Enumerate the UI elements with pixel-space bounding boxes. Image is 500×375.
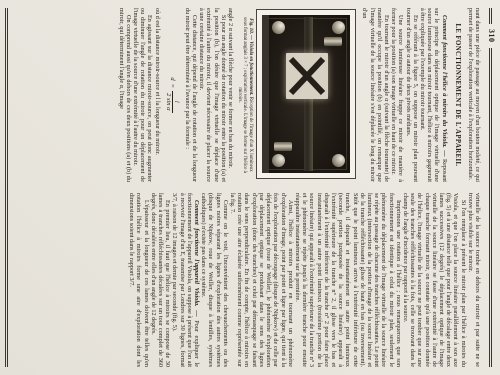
formula-lhs: d [169, 77, 176, 80]
figure-visiola-photo: Fig. 10. — Visiola en fonctionnement. Ré… [236, 9, 356, 181]
paragraph-7: où d est la distance miroir-source et l … [153, 8, 160, 182]
mirror-distance-formula: d = l 2 sin α [165, 8, 180, 182]
paragraph-4-continued: angle 2 α suivant la flèche pour venir s… [227, 8, 234, 182]
header-rule-left [490, 8, 493, 24]
paragraph-intro-end: nant dans une pièce de passage au moyen … [467, 8, 481, 182]
formula-numerator: l [172, 91, 180, 113]
scanned-page-viewport: 310 nant dans une pièce de passage au mo… [0, 0, 500, 375]
paragraph-4: En tournant le miroir d'un angle α (suiv… [361, 8, 390, 182]
luminous-x-image [286, 53, 328, 99]
paragraph-15: En premier lieu, il faut que l'hélice à … [150, 193, 172, 367]
right-column: virtuelle de la source tombe en dehors d… [117, 193, 481, 367]
magazine-page-rotated: 310 nant dans une pièce de passage au mo… [0, 0, 500, 375]
paragraph-16: L'épaisseur et la longueur de ces lames … [128, 193, 150, 367]
figure-caption: Fig. 10. — Visiola en fonctionnement. Ré… [236, 16, 253, 174]
section-heading: LE FONCTIONNEMENT DE L'APPAREIL [453, 10, 461, 180]
formula-equals: = [169, 84, 176, 88]
paragraph-6: Cette distance, qui dépend de l'angle de… [184, 8, 198, 182]
paragraph-9-continued: virtuelle de la source tombe en dehors d… [467, 193, 481, 367]
photo-frame [256, 9, 356, 179]
formula-denominator: 2 sin α [165, 91, 172, 113]
visiola-apparatus-photo [262, 15, 350, 173]
apparatus-baseplate [262, 15, 269, 173]
paragraph-9: On comprend aussi qu'en dehors de ces de… [117, 8, 131, 182]
paragraph-14: Comment fonctionne l'appareil Visiola. —… [171, 193, 200, 367]
paragraph-12: Ainsi, l'hélice à miroirs produit en tou… [229, 193, 294, 367]
text-columns: nant dans une pièce de passage au moyen … [113, 0, 487, 375]
footer-rule [5, 8, 8, 367]
paragraph-2: En se référant à la figure 5, on suppose… [404, 8, 418, 182]
paragraph-1: Comment fonctionne l'hélice à miroirs du… [419, 8, 448, 182]
paragraph-14-lead: Comment fonctionne l'appareil Visiola. — [193, 200, 200, 317]
paragraph-8: En agissant sur la distance miroir-sourc… [132, 8, 154, 182]
paragraph-13: Comme on le voit, l'inconvénient des che… [200, 193, 229, 367]
left-column: nant dans une pièce de passage au moyen … [117, 8, 481, 182]
paragraph-10: Si l'on remplace à présent le miroir pla… [402, 193, 467, 367]
paragraph-11: Imprimons une rotation à l'hélice ; nous… [294, 193, 402, 367]
paragraph-1-lead: Comment fonctionne l'hélice à miroirs du… [441, 15, 448, 157]
running-head: 310 [487, 8, 495, 367]
formula-fraction: l 2 sin α [165, 91, 180, 113]
paragraph-5: Si pour un angle donné de rotation du mi… [198, 8, 227, 182]
paragraph-3: Une source lumineuse linéaire frappe ce … [390, 8, 404, 182]
apparatus-cylinder [274, 142, 292, 151]
apparatus-cylinder [324, 37, 342, 46]
figure-caption-lead: Fig. 10. — Visiola en fonctionnement. [248, 18, 253, 95]
page-number: 310 [487, 29, 495, 43]
header-rule-right [490, 48, 493, 368]
